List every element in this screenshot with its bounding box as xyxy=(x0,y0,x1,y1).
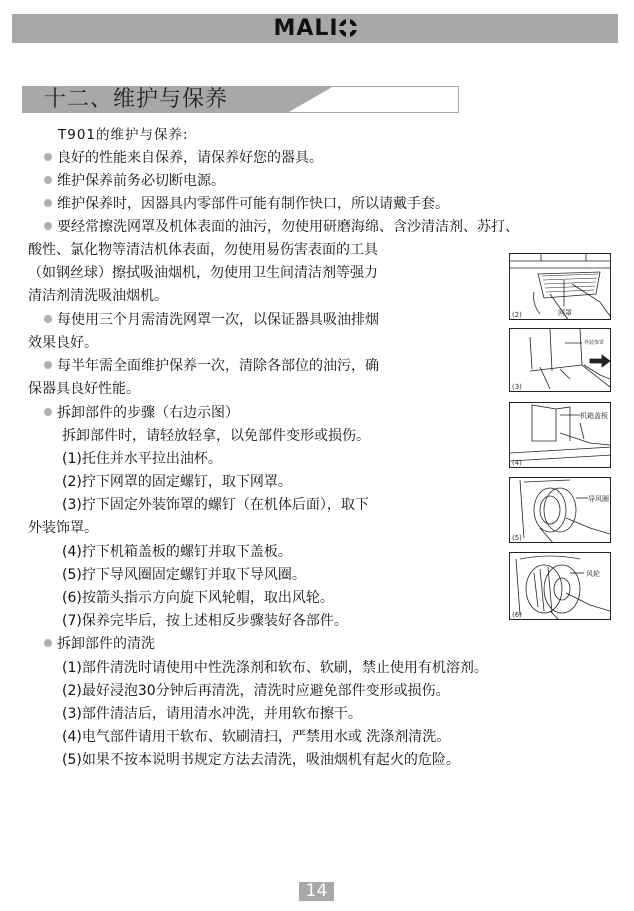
bullet-dot-icon xyxy=(44,176,52,184)
air-guide-ring-illustration xyxy=(510,478,611,543)
bullet-dot-icon xyxy=(44,639,52,647)
section-title: 十二、维护与保养 xyxy=(44,86,228,113)
logo-o-icon xyxy=(339,19,357,37)
bullet-dot-icon xyxy=(44,315,52,323)
header-bar: MALI xyxy=(12,14,618,43)
figure-2-mesh-cover: 网罩 (2) xyxy=(509,253,611,320)
cleaning-item: (5)如果不按本说明书规定方法去清洗，吸油烟机有起火的危险。 xyxy=(62,751,460,769)
step-item: (1)托住并水平拉出油杯。 xyxy=(62,450,222,468)
figure-4-cabinet-panel: 机箱盖板 (4) xyxy=(509,402,611,468)
paragraph-line: 酸性、氯化物等清洁机体表面，勿使用易伤害表面的工具 xyxy=(28,241,378,259)
step-item: (2)拧下网罩的固定螺钉，取下网罩。 xyxy=(62,473,292,491)
step-item: (5)拧下导风圈固定螺钉并取下导风圈。 xyxy=(62,566,306,584)
bullet-item: 要经常擦洗网罩及机体表面的油污，勿使用研磨海绵、含沙清洁剂、苏打、 xyxy=(44,218,519,236)
cleaning-heading: 拆卸部件的清洗 xyxy=(44,635,155,653)
brand-logo: MALI xyxy=(273,14,356,43)
disassembly-note: 拆卸部件时，请轻放轻拿，以免部件变形或损伤。 xyxy=(62,427,370,445)
bullet-item: 良好的性能来自保养，请保养好您的器具。 xyxy=(44,149,323,167)
page-number: 14 xyxy=(299,882,334,901)
cleaning-item: (3)部件清洁后，请用清水冲洗，并用软布擦干。 xyxy=(62,705,362,723)
step-item: (3)拧下固定外装饰罩的螺钉（在机体后面），取下 xyxy=(62,496,369,514)
bullet-dot-icon xyxy=(44,361,52,369)
disassembly-heading: 拆卸部件的步骤（右边示图） xyxy=(44,404,239,422)
figure-3-outer-cover: 外装饰罩 (3) xyxy=(509,328,611,392)
step-item: (6)按箭头指示方向旋下风轮帽，取出风轮。 xyxy=(62,589,334,607)
bullet-dot-icon xyxy=(44,153,52,161)
figure-5-air-guide-ring: 导风圈 (5) xyxy=(509,477,611,543)
bullet-dot-icon xyxy=(44,408,52,416)
cleaning-item: (2)最好浸泡30分钟后再清洗，清洗时应避免部件变形或损伤。 xyxy=(62,682,450,700)
fan-wheel-illustration xyxy=(510,553,611,620)
bullet-dot-icon xyxy=(44,222,52,230)
paragraph-line: 清洁剂清洗吸油烟机。 xyxy=(28,287,168,305)
bullet-item: 每使用三个月需清洗网罩一次，以保证器具吸油排烟 xyxy=(44,311,379,329)
cleaning-item: (4)电气部件请用干软布、软刷清扫，严禁用水或 洗涤剂清洗。 xyxy=(62,728,450,746)
step-item: (7)保养完毕后，按上述相反步骤装好各部件。 xyxy=(62,612,348,630)
figure-6-fan-wheel: 风轮 (6) xyxy=(509,552,611,620)
section-title-banner: 十二、维护与保养 xyxy=(22,86,459,113)
bullet-item: 维护保养时，因器具内零部件可能有制作快口，所以请戴手套。 xyxy=(44,195,449,213)
step-item: (4)拧下机箱盖板的螺钉并取下盖板。 xyxy=(62,543,292,561)
paragraph-line: 效果良好。 xyxy=(28,334,98,352)
bullet-dot-icon xyxy=(44,199,52,207)
intro-text: T901的维护与保养: xyxy=(58,126,189,144)
bullet-item: 维护保养前务必切断电源。 xyxy=(44,172,225,190)
cleaning-item: (1)部件清洗时请使用中性洗涤剂和软布、软刷，禁止使用有机溶剂。 xyxy=(62,659,488,677)
paragraph-line: 保器具良好性能。 xyxy=(28,380,140,398)
bullet-item: 每半年需全面维护保养一次，清除各部位的油污，确 xyxy=(44,357,379,375)
step-continuation: 外装饰罩。 xyxy=(28,519,98,537)
paragraph-line: （如钢丝球）擦拭吸油烟机，勿使用卫生间清洁剂等强力 xyxy=(28,264,378,282)
